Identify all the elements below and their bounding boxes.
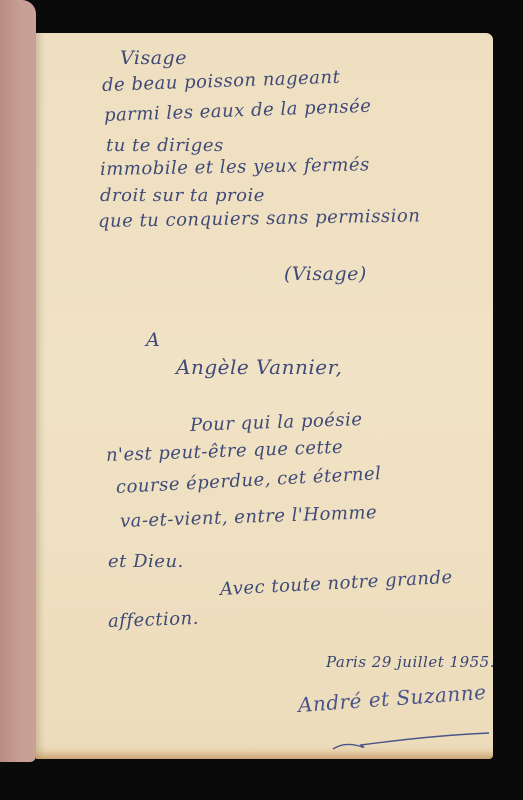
dedication-line: n'est peut-être que cette (106, 437, 344, 466)
poem-line: tu te diriges (106, 135, 224, 156)
poem-line: immobile et les yeux fermés (100, 154, 370, 180)
dedication-line: Pour qui la poésie (190, 409, 363, 436)
foxing-stain (36, 745, 493, 759)
book-cover-edge (0, 0, 36, 762)
poem-line: droit sur ta proie (100, 185, 265, 206)
closing-line: affection. (108, 608, 200, 632)
manuscript-page: Visage de beau poisson nageant parmi les… (36, 33, 493, 759)
poem-line: que tu conquiers sans permission (98, 205, 421, 232)
dedication-line: et Dieu. (108, 551, 184, 572)
dedication-line: va-et-vient, entre l'Homme (120, 502, 378, 532)
dedication-prefix: A (146, 329, 160, 351)
closing-line: Avec toute notre grande (219, 567, 453, 600)
poem-title: Visage (120, 47, 187, 69)
dedication-line: course éperdue, cet éternel (115, 463, 381, 498)
dedication-recipient: Angèle Vannier, (176, 355, 342, 379)
place-date: Paris 29 juillet 1955. (326, 653, 493, 671)
poem-line: parmi les eaux de la pensée (104, 96, 372, 126)
poem-line: de beau poisson nageant (102, 67, 341, 96)
poem-source-note: (Visage) (284, 263, 367, 285)
signature: André et Suzanne (297, 680, 487, 717)
